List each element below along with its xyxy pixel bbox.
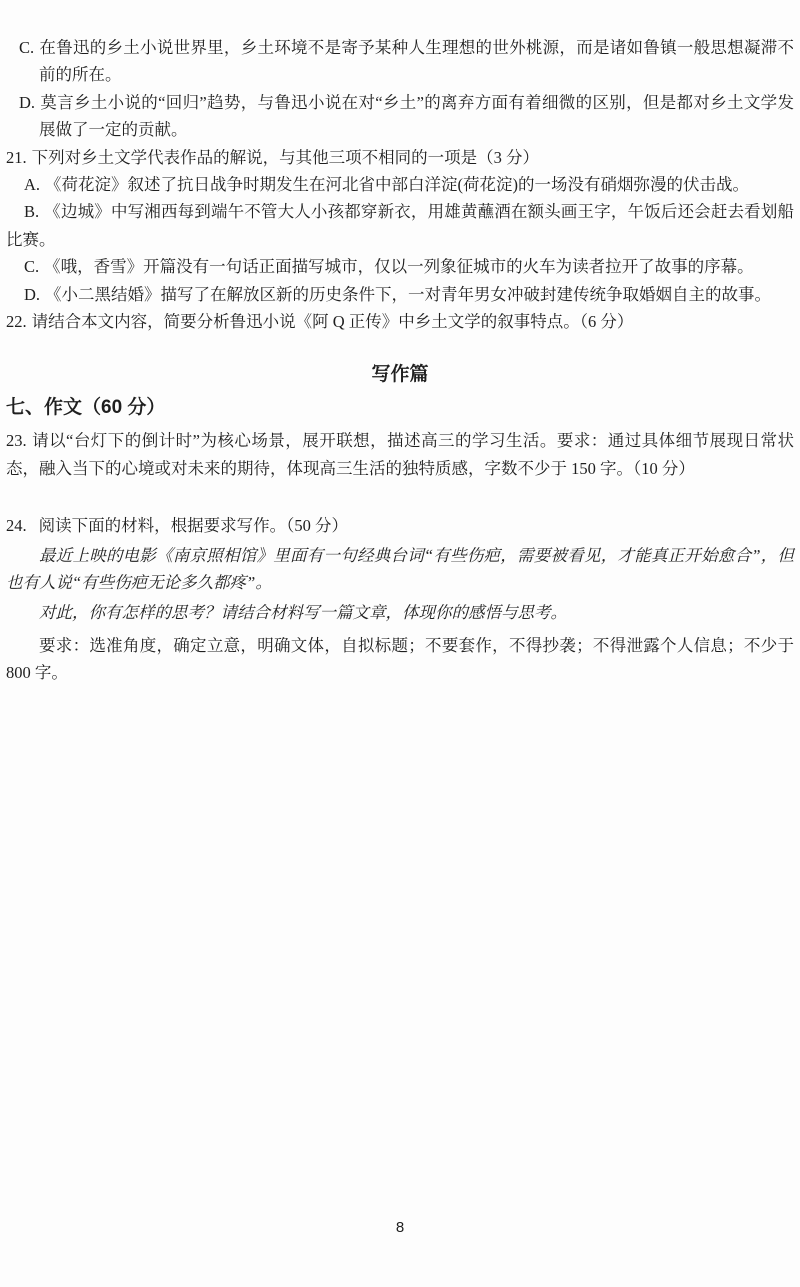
question-21-option-b: B.《边城》中写湘西每到端午不管大人小孩都穿新衣，用雄黄蘸酒在额头画王字，午饭后… xyxy=(6,198,794,253)
option-prev-c-text: 在鲁迅的乡土小说世界里，乡土环境不是寄予某种人生理想的世外桃源，而是诸如鲁镇一般… xyxy=(39,38,794,84)
question-21-option-b-text: 《边城》中写湘西每到端午不管大人小孩都穿新衣，用雄黄蘸酒在额头画王字，午饭后还会… xyxy=(6,202,794,248)
question-21-option-c: C.《哦，香雪》开篇没有一句话正面描写城市，仅以一列象征城市的火车为读者拉开了故… xyxy=(6,253,794,280)
question-23-number: 23. xyxy=(6,431,27,450)
writing-part-heading: 七、作文（60 分） xyxy=(6,393,794,423)
writing-section-title: 写作篇 xyxy=(6,360,794,390)
question-23: 23.请以“台灯下的倒计时”为核心场景，展开联想，描述高三的学习生活。要求：通过… xyxy=(6,427,794,482)
question-21-number: 21. xyxy=(6,148,27,167)
question-24-requirements: 要求：选准角度，确定立意，明确文体，自拟标题；不要套作，不得抄袭；不得泄露个人信… xyxy=(6,632,794,687)
question-22: 22.请结合本文内容，简要分析鲁迅小说《阿 Q 正传》中乡土文学的叙事特点。（6… xyxy=(6,308,794,335)
question-24-material-paragraph-2: 对此，你有怎样的思考？请结合材料写一篇文章，体现你的感悟与思考。 xyxy=(6,599,794,626)
question-23-text: 请以“台灯下的倒计时”为核心场景，展开联想，描述高三的学习生活。要求：通过具体细… xyxy=(6,431,794,477)
question-22-text: 请结合本文内容，简要分析鲁迅小说《阿 Q 正传》中乡土文学的叙事特点。（6 分） xyxy=(32,312,634,331)
question-24-stem: 24.阅读下面的材料，根据要求写作。（50 分） xyxy=(6,512,794,539)
question-21-option-d-label: D. xyxy=(24,285,40,304)
question-24-material-paragraph-1: 最近上映的电影《南京照相馆》里面有一句经典台词“有些伤疤，需要被看见，才能真正开… xyxy=(6,542,794,597)
question-21-option-a-label: A. xyxy=(24,175,40,194)
question-21-option-a-text: 《荷花淀》叙述了抗日战争时期发生在河北省中部白洋淀(荷花淀)的一场没有硝烟弥漫的… xyxy=(45,175,749,194)
question-21-option-c-label: C. xyxy=(24,257,39,276)
question-21-option-b-label: B. xyxy=(24,202,39,221)
question-21-option-a: A.《荷花淀》叙述了抗日战争时期发生在河北省中部白洋淀(荷花淀)的一场没有硝烟弥… xyxy=(6,171,794,198)
option-prev-c: C.在鲁迅的乡土小说世界里，乡土环境不是寄予某种人生理想的世外桃源，而是诸如鲁镇… xyxy=(6,34,794,89)
question-21-stem: 21.下列对乡土文学代表作品的解说，与其他三项不相同的一项是（3 分） xyxy=(6,144,794,171)
question-24-stem-text: 阅读下面的材料，根据要求写作。（50 分） xyxy=(39,516,348,535)
option-prev-c-label: C. xyxy=(19,38,34,57)
question-21-text: 下列对乡土文学代表作品的解说，与其他三项不相同的一项是（3 分） xyxy=(32,148,539,167)
option-prev-d-label: D. xyxy=(19,93,35,112)
option-prev-d: D.莫言乡土小说的“回归”趋势，与鲁迅小说在对“乡土”的离弃方面有着细微的区别，… xyxy=(6,89,794,144)
question-21-option-d-text: 《小二黑结婚》描写了在解放区新的历史条件下，一对青年男女冲破封建传统争取婚姻自主… xyxy=(45,285,771,304)
question-21-option-d: D.《小二黑结婚》描写了在解放区新的历史条件下，一对青年男女冲破封建传统争取婚姻… xyxy=(6,281,794,308)
question-24-number: 24. xyxy=(6,516,27,535)
exam-page: C.在鲁迅的乡土小说世界里，乡土环境不是寄予某种人生理想的世外桃源，而是诸如鲁镇… xyxy=(0,0,800,1287)
question-22-number: 22. xyxy=(6,312,27,331)
question-21-option-c-text: 《哦，香雪》开篇没有一句话正面描写城市，仅以一列象征城市的火车为读者拉开了故事的… xyxy=(44,257,754,276)
option-prev-d-text: 莫言乡土小说的“回归”趋势，与鲁迅小说在对“乡土”的离弃方面有着细微的区别，但是… xyxy=(39,93,794,139)
page-number: 8 xyxy=(0,1214,800,1241)
